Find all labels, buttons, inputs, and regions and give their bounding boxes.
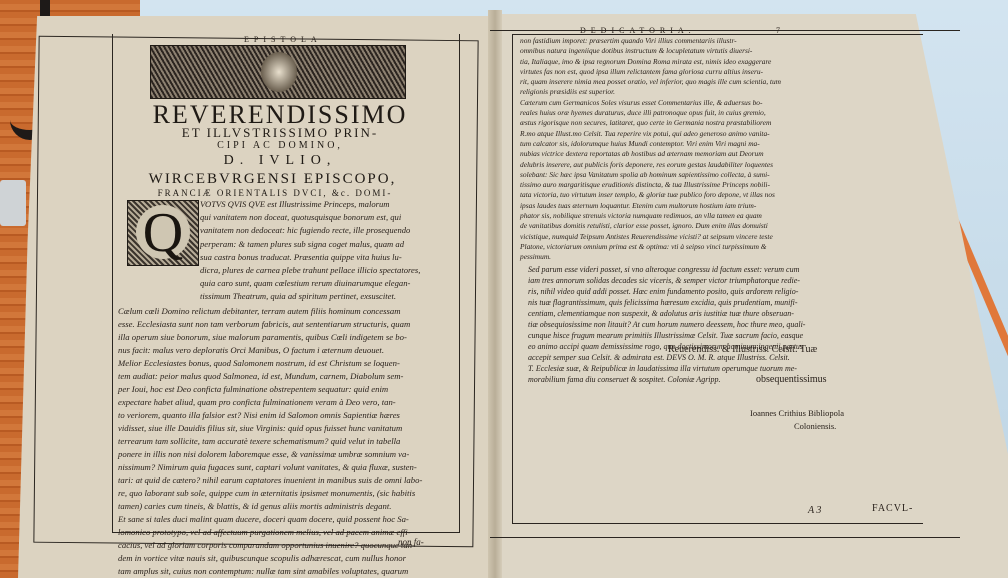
right-body-bottom: Sed parum esse videri posset, si vno alt… — [528, 264, 874, 385]
open-book: EPISTOLA REVERENDISSIMO ET ILLVSTRISSIMO… — [0, 0, 1008, 578]
title-line-6: FRANCIÆ ORIENTALIS DVCI, &c. DOMI- — [120, 188, 430, 198]
left-running-head: EPISTOLA — [244, 35, 322, 44]
signature-mark: A 3 — [808, 505, 821, 516]
page-number: 7 — [776, 26, 785, 35]
title-line-5: WIRCEBVRGENSI EPISCOPO, — [110, 171, 435, 188]
left-catchword: non fa- — [398, 536, 424, 549]
signature-place: Coloniensis. — [794, 421, 836, 431]
title-line-2: ET ILLVSTRISSIMO PRIN- — [140, 125, 420, 141]
closing-salutation: Reuerendiss. & Illustriss. Celsit. Tuæ — [668, 344, 817, 355]
right-catchword: FACVL- — [872, 503, 913, 514]
title-line-3: CIPI AC DOMINO, — [140, 140, 420, 151]
right-running-head: DEDICATORIA. — [580, 26, 696, 35]
left-body-intro: VOTVS QVIS QVE est Illustrissime Princep… — [200, 198, 454, 304]
madonna-glory-icon — [261, 52, 297, 92]
woodcut-banner — [150, 45, 406, 99]
closing-valediction: obsequentissimus — [756, 374, 827, 385]
signature-name: Ioannes Crithius Bibliopola — [750, 408, 844, 418]
title-line-4: D. IVLIO, — [140, 153, 420, 169]
decorated-initial: Q — [127, 200, 199, 266]
right-body-top: non fastidium imporet: præsertim quando … — [520, 36, 872, 263]
